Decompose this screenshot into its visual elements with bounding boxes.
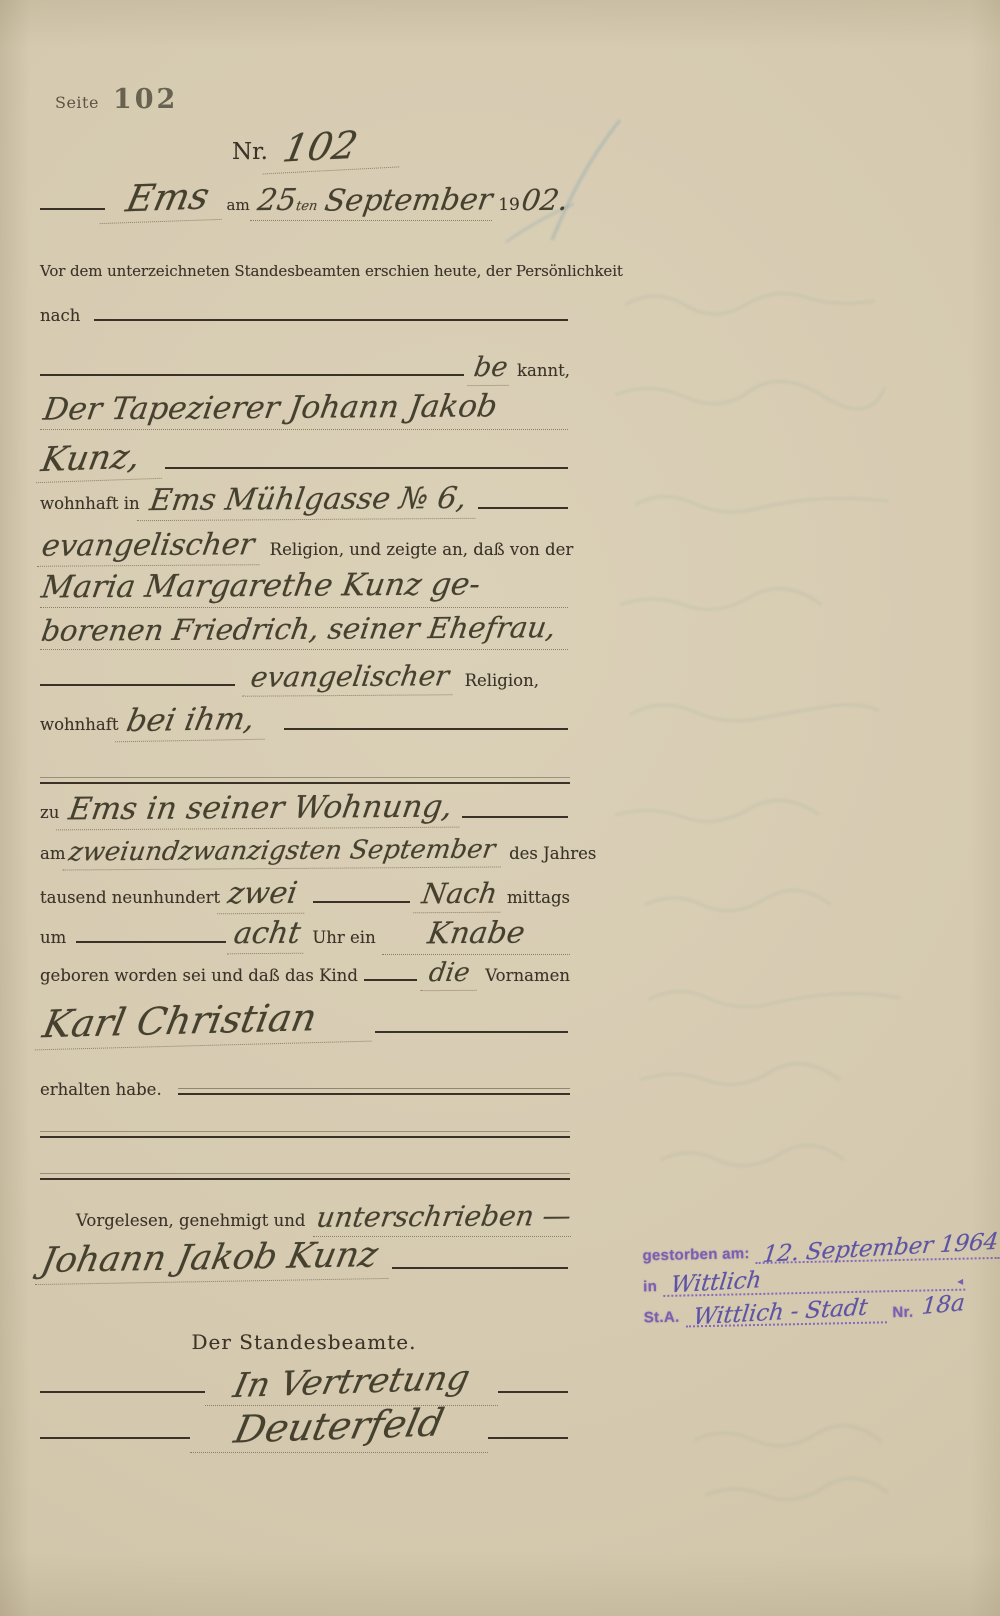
record-number-row: Nr. 102 <box>232 124 402 171</box>
birthhour-row: um acht Uhr ein Knabe <box>40 916 570 955</box>
vertretung-left-line <box>40 1391 205 1393</box>
declarant-surname: Kunz, <box>36 436 170 483</box>
stamp-arrow-icon: ◄ <box>955 1277 965 1288</box>
document-page: Seite 102 Nr. 102 Ems am 25ten September… <box>0 0 1000 1616</box>
mother-line1-wrap: Maria Margarethe Kunz ge- <box>40 568 568 608</box>
des-jahres-label: des Jahres <box>509 844 596 863</box>
die-entry: die <box>420 958 481 991</box>
nach-row: nach <box>40 306 568 325</box>
birthyear-entry: zwei <box>217 876 310 915</box>
childname-entry: Karl Christian <box>35 994 381 1051</box>
kannt-label: kannt, <box>517 361 570 380</box>
erhalten-label: erhalten habe. <box>40 1080 162 1099</box>
mother-maiden-entry: borenen Friedrich, seiner Ehefrau, <box>37 610 558 648</box>
stamp-fill <box>763 1285 953 1289</box>
wohnhaft2-label: wohnhaft <box>40 715 119 734</box>
death-stamp: gestorben am: 12. September 1964 in Witt… <box>642 1229 966 1329</box>
declarant-signature: Johann Jakob Kunz <box>35 1235 397 1285</box>
nr-label: Nr. <box>232 139 268 165</box>
um-label: um <box>40 928 66 947</box>
erhalten-row: erhalten habe. <box>40 1080 570 1099</box>
birth-am-label: am <box>40 844 65 863</box>
declarant-signature-row: Johann Jakob Kunz <box>40 1238 568 1282</box>
stamp-date-wrap: 12. September 1964 <box>755 1233 1000 1264</box>
residence-row: wohnhaft in Ems Mühlgasse № 6, <box>40 482 568 520</box>
date-month: September <box>322 182 495 218</box>
birthday-row: am zweiundzwanzigsten September des Jahr… <box>40 836 570 869</box>
place-entry: Ems <box>100 174 232 224</box>
residence-blank-line <box>478 507 568 509</box>
declarant-occupation-name: Der Tapezierer Johann Jakob <box>37 388 500 427</box>
unterschrieben-entry: unterschrieben — <box>311 1199 574 1234</box>
religion-entry: evangelischer <box>37 527 265 567</box>
stamp-row-date: gestorben am: 12. September 1964 <box>642 1234 964 1267</box>
declarant-line1-wrap: Der Tapezierer Johann Jakob <box>40 390 568 430</box>
stamp-registry-wrap: Wittlich - Stadt <box>685 1297 887 1327</box>
intro-text: Vor dem unterzeichneten Standesbeamten e… <box>40 262 623 280</box>
year-printed: 19 <box>498 195 520 215</box>
standesbeamte-label: Der Standesbeamte. <box>192 1330 417 1354</box>
geboren-label: geboren worden sei und daß das Kind <box>40 966 358 985</box>
gestorben-label: gestorben am: <box>642 1245 750 1264</box>
date-day-suffix: ten <box>295 199 319 214</box>
daytime-entry: Nach <box>413 877 505 914</box>
be-entry: be <box>467 352 513 386</box>
date-day: 25 <box>255 183 299 218</box>
vertretung-wrap: In Vertretung <box>205 1362 498 1406</box>
vertretung-right-line <box>498 1391 568 1393</box>
mother-line2: borenen Friedrich, seiner Ehefrau, <box>40 612 568 650</box>
mother-name-entry: Maria Margarethe Kunz ge- <box>37 566 483 605</box>
declarant-line2-blank <box>165 467 568 469</box>
residence2-row: wohnhaft bei ihm, <box>40 702 568 741</box>
religion2-label: Religion, <box>465 671 539 690</box>
birthplace-row: zu Ems in seiner Wohnung, <box>40 790 568 829</box>
unterschrieben-wrap: unterschrieben — <box>313 1200 571 1237</box>
residence2-blank-line <box>284 728 568 730</box>
birthplace-entry: Ems in seiner Wohnung, <box>56 789 465 831</box>
religion2-row: evangelischer Religion, <box>40 660 570 696</box>
official-signature: Deuterfeld <box>230 1400 447 1451</box>
geboren-blank-line <box>364 979 417 981</box>
stamp-nr-label: Nr. <box>892 1304 913 1321</box>
vertretung-row: In Vertretung <box>40 1362 568 1406</box>
religion2-entry: evangelischer <box>242 659 457 696</box>
registry-entry: Wittlich - Stadt <box>691 1295 868 1331</box>
am-label: am <box>227 196 250 214</box>
bekannt-row: be kannt, <box>40 352 570 386</box>
erhalten-blank-line <box>178 1088 570 1095</box>
standesbeamte-row: Der Standesbeamte. <box>40 1330 568 1354</box>
declarant-line1: Der Tapezierer Johann Jakob <box>40 390 568 430</box>
bleed-through-mark <box>680 1400 940 1520</box>
address-entry: Ems Mühlgasse № 6, <box>137 481 481 521</box>
vorgelesen-row: Vorgelesen, genehmigt und unterschrieben… <box>76 1200 570 1237</box>
birthday-entry: zweiundzwanzigsten September <box>63 834 506 870</box>
nach-blank-line <box>94 319 568 321</box>
date-entry: 25ten September <box>250 183 493 221</box>
blank-rule-line <box>40 1131 570 1138</box>
date-row: Ems am 25ten September 19 02. <box>40 176 568 222</box>
page-number-block: Seite 102 <box>55 84 178 115</box>
in-label: in <box>643 1278 657 1295</box>
child-sex-wrap: Knabe <box>382 916 570 955</box>
birthyear-blank-line <box>313 901 410 903</box>
registry-number-entry: 18a <box>920 1290 965 1320</box>
stamp-row-place: in Wittlich ◄ <box>643 1265 965 1298</box>
tausend-label: tausend neunhundert <box>40 888 220 907</box>
birthhour-entry: acht <box>227 916 309 955</box>
sta-label: St.A. <box>644 1309 680 1327</box>
official-left-line <box>40 1437 190 1439</box>
bleed-through-mark <box>630 960 950 1190</box>
bekannt-blank-line <box>40 374 464 376</box>
nach-label: nach <box>40 306 80 325</box>
declarant-line2: Kunz, <box>40 438 568 481</box>
intro-line: Vor dem unterzeichneten Standesbeamten e… <box>40 262 572 280</box>
residence2-entry: bei ihm, <box>114 701 271 743</box>
mittags-label: mittags <box>507 888 570 907</box>
seite-label: Seite <box>55 93 99 112</box>
birthhour-blank-line <box>76 941 226 943</box>
mother-line1: Maria Margarethe Kunz ge- <box>40 568 568 608</box>
section-divider-line <box>40 777 570 784</box>
birthyear-row: tausend neunhundert zwei Nach mittags <box>40 876 570 914</box>
religion2-blank-line <box>40 684 235 686</box>
childname-row: Karl Christian <box>40 998 568 1046</box>
religion-label: Religion, und zeigte an, daß von der <box>270 540 574 559</box>
record-number-value: 102 <box>262 121 407 175</box>
stamp-place-wrap: Wittlich ◄ <box>663 1265 966 1297</box>
vornamen-label: Vornamen <box>485 966 570 985</box>
signature-blank-line <box>392 1267 568 1269</box>
date-leading-line <box>40 208 105 210</box>
religion-row: evangelischer Religion, und zeigte an, d… <box>40 528 570 566</box>
mother-line2-wrap: borenen Friedrich, seiner Ehefrau, <box>40 612 568 650</box>
wohnhaft-label: wohnhaft in <box>40 494 140 513</box>
page-number: 102 <box>113 84 178 115</box>
stamp-row-registry: St.A. Wittlich - Stadt Nr. 18a <box>643 1296 965 1329</box>
vorgelesen-label: Vorgelesen, genehmigt und <box>76 1211 305 1230</box>
child-sex-entry: Knabe <box>425 916 527 952</box>
blank-rule-line <box>40 1173 570 1180</box>
birthplace-blank-line <box>462 816 568 818</box>
year-written: 02. <box>519 183 570 217</box>
uhr-ein-label: Uhr ein <box>312 928 375 947</box>
childname-blank-line <box>375 1031 568 1033</box>
bleed-through-mark <box>605 245 945 945</box>
geboren-row: geboren worden sei und daß das Kind die … <box>40 958 570 991</box>
death-place-entry: Wittlich <box>669 1267 762 1298</box>
official-right-line <box>488 1437 568 1439</box>
official-signature-row: Deuterfeld <box>40 1404 568 1453</box>
vertretung-entry: In Vertretung <box>230 1358 474 1406</box>
death-date-entry: 12. September 1964 <box>762 1229 1000 1268</box>
official-signature-wrap: Deuterfeld <box>190 1404 488 1453</box>
